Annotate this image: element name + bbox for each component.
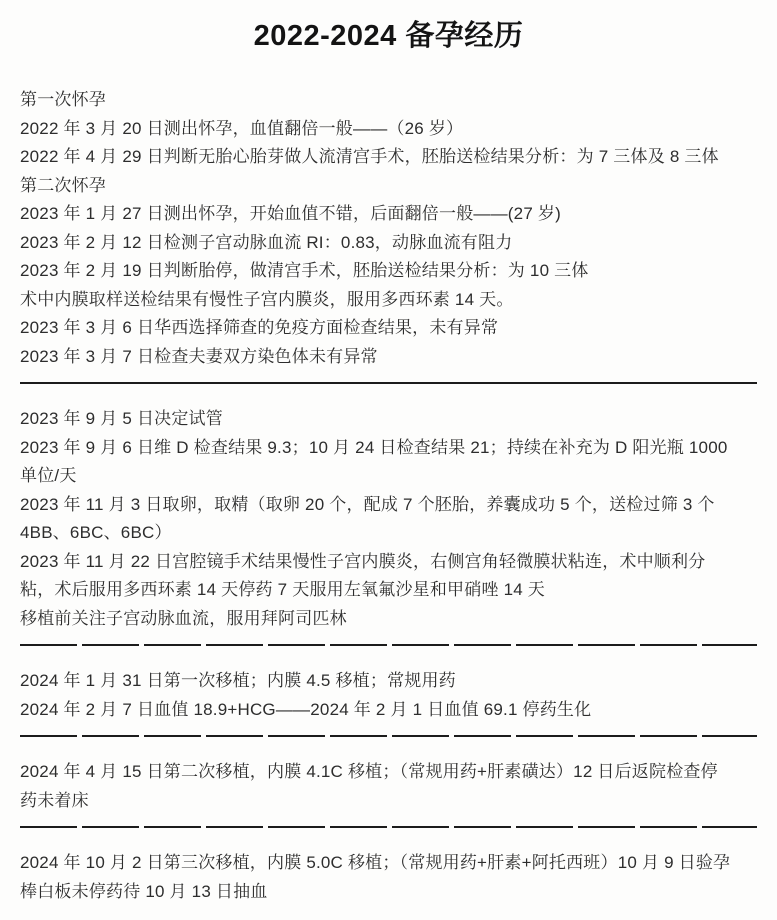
page-title: 2022-2024 备孕经历 (20, 0, 757, 54)
section-divider (20, 382, 757, 384)
text-line: 2024 年 10 月 2 日第三次移植，内膜 5.0C 移植；（常规用药+肝素… (20, 849, 757, 878)
section-divider (20, 644, 757, 646)
section-ivf-preparation: 2023 年 9 月 5 日决定试管 2023 年 9 月 6 日维 D 检查结… (20, 405, 757, 633)
text-line: 2023 年 9 月 5 日决定试管 (20, 405, 757, 434)
text-line: 药未着床 (20, 787, 757, 816)
document-page: 2022-2024 备孕经历 第一次怀孕 2022 年 3 月 20 日测出怀孕… (0, 0, 777, 920)
text-line: 2023 年 11 月 3 日取卵，取精（取卵 20 个，配成 7 个胚胎，养囊… (20, 491, 757, 520)
text-line: 2023 年 3 月 7 日检查夫妻双方染色体未有异常 (20, 343, 757, 372)
text-line: 2023 年 3 月 6 日华西选择筛查的免疫方面检查结果，未有异常 (20, 314, 757, 343)
section-divider (20, 826, 757, 828)
text-line: 2023 年 1 月 27 日测出怀孕，开始血值不错，后面翻倍一般——(27 岁… (20, 200, 757, 229)
text-line: 2023 年 2 月 12 日检测子宫动脉血流 RI：0.83，动脉血流有阻力 (20, 229, 757, 258)
section-third-transfer: 2024 年 10 月 2 日第三次移植，内膜 5.0C 移植；（常规用药+肝素… (20, 849, 757, 906)
text-line: 2024 年 1 月 31 日第一次移植；内膜 4.5 移植；常规用药 (20, 667, 757, 696)
text-line: 单位/天 (20, 462, 757, 491)
text-line: 2024 年 4 月 15 日第二次移植，内膜 4.1C 移植；（常规用药+肝素… (20, 758, 757, 787)
text-line: 棒白板未停药待 10 月 13 日抽血 (20, 878, 757, 907)
text-line: 2023 年 9 月 6 日维 D 检查结果 9.3；10 月 24 日检查结果… (20, 434, 757, 463)
text-line: 2022 年 3 月 20 日测出怀孕，血值翻倍一般——（26 岁） (20, 115, 757, 144)
text-line: 2023 年 11 月 22 日宫腔镜手术结果慢性子宫内膜炎，右侧宫角轻微膜状粘… (20, 548, 757, 577)
section-natural-pregnancies: 第一次怀孕 2022 年 3 月 20 日测出怀孕，血值翻倍一般——（26 岁）… (20, 86, 757, 371)
text-line: 术中内膜取样送检结果有慢性子宫内膜炎，服用多西环素 14 天。 (20, 286, 757, 315)
section-divider (20, 735, 757, 737)
text-line: 第一次怀孕 (20, 86, 757, 115)
text-line: 4BB、6BC、6BC） (20, 519, 757, 548)
section-second-transfer: 2024 年 4 月 15 日第二次移植，内膜 4.1C 移植；（常规用药+肝素… (20, 758, 757, 815)
text-line: 2024 年 2 月 7 日血值 18.9+HCG——2024 年 2 月 1 … (20, 696, 757, 725)
text-line: 2022 年 4 月 29 日判断无胎心胎芽做人流清宫手术，胚胎送检结果分析：为… (20, 143, 757, 172)
text-line: 第二次怀孕 (20, 172, 757, 201)
section-first-transfer: 2024 年 1 月 31 日第一次移植；内膜 4.5 移植；常规用药 2024… (20, 667, 757, 724)
text-line: 粘，术后服用多西环素 14 天停药 7 天服用左氧氟沙星和甲硝唑 14 天 (20, 576, 757, 605)
text-line: 移植前关注子宫动脉血流，服用拜阿司匹林 (20, 605, 757, 634)
text-line: 2023 年 2 月 19 日判断胎停，做清宫手术，胚胎送检结果分析：为 10 … (20, 257, 757, 286)
